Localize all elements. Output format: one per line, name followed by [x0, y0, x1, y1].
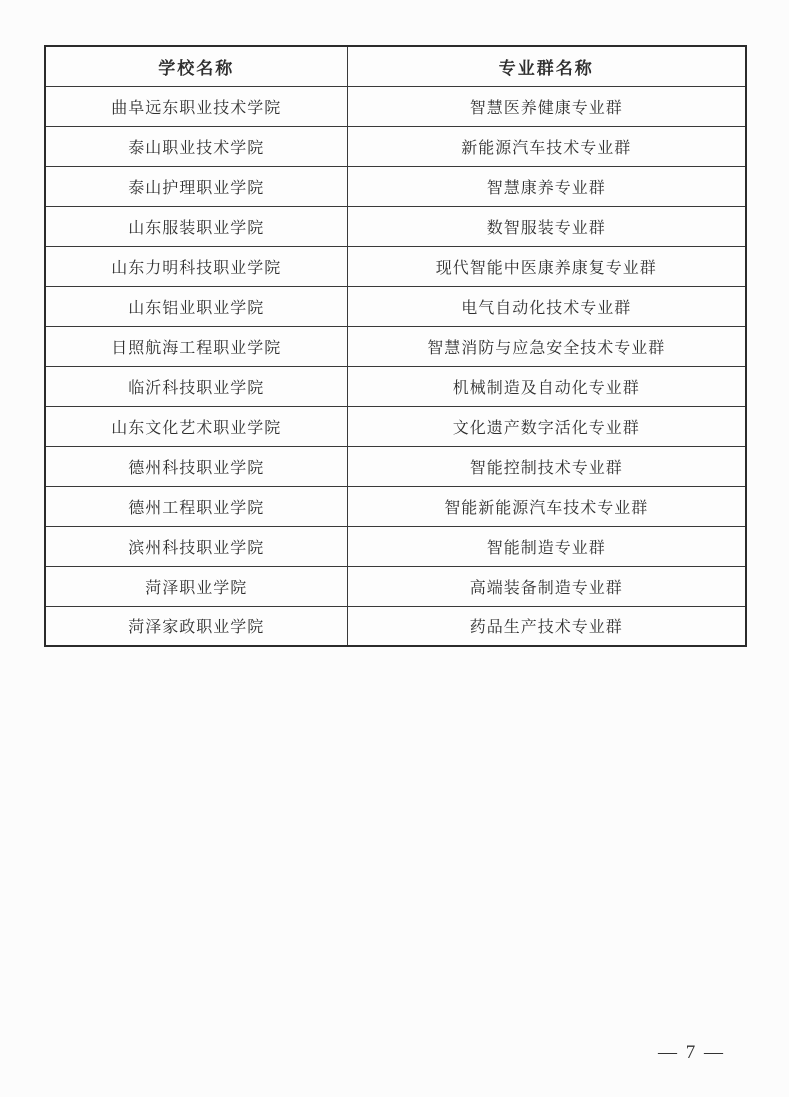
table-header-group: 专业群名称: [347, 46, 746, 86]
school-name-cell: 曲阜远东职业技术学院: [45, 86, 347, 126]
table-row: 菏泽职业学院高端装备制造专业群: [45, 566, 746, 606]
table-row: 山东文化艺术职业学院文化遗产数字活化专业群: [45, 406, 746, 446]
table-body: 曲阜远东职业技术学院智慧医养健康专业群泰山职业技术学院新能源汽车技术专业群泰山护…: [45, 86, 746, 646]
page-number: — 7 —: [658, 1042, 725, 1064]
table-row: 滨州科技职业学院智能制造专业群: [45, 526, 746, 566]
group-name-cell: 智能新能源汽车技术专业群: [347, 486, 746, 526]
school-name-cell: 滨州科技职业学院: [45, 526, 347, 566]
group-name-cell: 新能源汽车技术专业群: [347, 126, 746, 166]
group-name-cell: 电气自动化技术专业群: [347, 286, 746, 326]
table-row: 泰山护理职业学院智慧康养专业群: [45, 166, 746, 206]
school-name-cell: 泰山护理职业学院: [45, 166, 347, 206]
table-row: 临沂科技职业学院机械制造及自动化专业群: [45, 366, 746, 406]
school-name-cell: 德州科技职业学院: [45, 446, 347, 486]
group-name-cell: 药品生产技术专业群: [347, 606, 746, 646]
group-name-cell: 智慧消防与应急安全技术专业群: [347, 326, 746, 366]
table-row: 德州工程职业学院智能新能源汽车技术专业群: [45, 486, 746, 526]
table-row: 山东铝业职业学院电气自动化技术专业群: [45, 286, 746, 326]
group-name-cell: 智能控制技术专业群: [347, 446, 746, 486]
group-name-cell: 文化遗产数字活化专业群: [347, 406, 746, 446]
group-name-cell: 智能制造专业群: [347, 526, 746, 566]
group-name-cell: 机械制造及自动化专业群: [347, 366, 746, 406]
school-group-table: 学校名称 专业群名称 曲阜远东职业技术学院智慧医养健康专业群泰山职业技术学院新能…: [44, 45, 747, 647]
group-name-cell: 现代智能中医康养康复专业群: [347, 246, 746, 286]
table-row: 日照航海工程职业学院智慧消防与应急安全技术专业群: [45, 326, 746, 366]
table-header-school: 学校名称: [45, 46, 347, 86]
table-row: 山东力明科技职业学院现代智能中医康养康复专业群: [45, 246, 746, 286]
school-name-cell: 临沂科技职业学院: [45, 366, 347, 406]
school-name-cell: 德州工程职业学院: [45, 486, 347, 526]
school-name-cell: 日照航海工程职业学院: [45, 326, 347, 366]
school-name-cell: 泰山职业技术学院: [45, 126, 347, 166]
school-name-cell: 山东力明科技职业学院: [45, 246, 347, 286]
school-name-cell: 山东文化艺术职业学院: [45, 406, 347, 446]
table-row: 泰山职业技术学院新能源汽车技术专业群: [45, 126, 746, 166]
group-name-cell: 数智服装专业群: [347, 206, 746, 246]
school-name-cell: 菏泽职业学院: [45, 566, 347, 606]
school-name-cell: 山东铝业职业学院: [45, 286, 347, 326]
table-header-row: 学校名称 专业群名称: [45, 46, 746, 86]
group-name-cell: 高端装备制造专业群: [347, 566, 746, 606]
school-name-cell: 菏泽家政职业学院: [45, 606, 347, 646]
table-row: 菏泽家政职业学院药品生产技术专业群: [45, 606, 746, 646]
table-row: 山东服装职业学院数智服装专业群: [45, 206, 746, 246]
group-name-cell: 智慧康养专业群: [347, 166, 746, 206]
group-name-cell: 智慧医养健康专业群: [347, 86, 746, 126]
document-page: 学校名称 专业群名称 曲阜远东职业技术学院智慧医养健康专业群泰山职业技术学院新能…: [0, 0, 789, 1097]
school-name-cell: 山东服装职业学院: [45, 206, 347, 246]
table-row: 德州科技职业学院智能控制技术专业群: [45, 446, 746, 486]
table-row: 曲阜远东职业技术学院智慧医养健康专业群: [45, 86, 746, 126]
